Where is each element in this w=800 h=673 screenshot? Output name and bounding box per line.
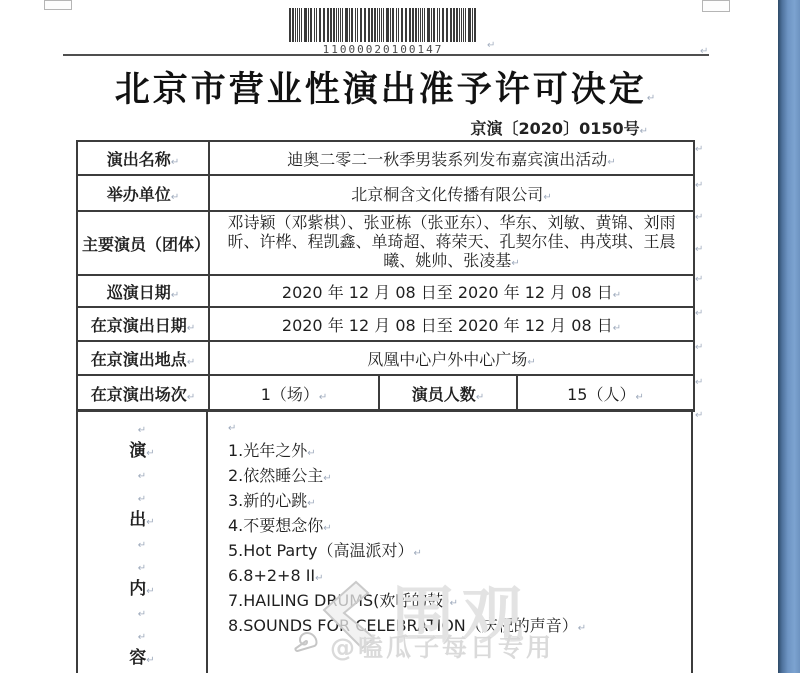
vertical-label-char: 容 xyxy=(129,648,146,668)
paragraph-mark-icon xyxy=(695,377,703,388)
table-row: 在京演出场次 1（场） 演员人数 15（人） xyxy=(77,375,694,411)
paragraph-mark-icon xyxy=(146,517,154,528)
row-value: 2020 年 12 月 08 日至 2020 年 12 月 08 日 xyxy=(209,307,694,341)
row-label: 举办单位 xyxy=(77,175,209,211)
paragraph-mark-icon xyxy=(323,473,331,484)
vertical-label-char: 演 xyxy=(129,441,146,461)
barcode: 11000020100147 xyxy=(285,8,481,56)
song-item: 4.不要想念你 xyxy=(228,513,691,538)
content-vertical-label: 演 出 内 容 xyxy=(78,411,208,673)
row-label: 在京演出日期 xyxy=(77,307,209,341)
paragraph-mark-icon xyxy=(695,308,703,319)
document-number: 京演〔2020〕0150号 xyxy=(398,116,648,139)
paragraph-mark-icon xyxy=(511,258,519,269)
paragraph-mark-icon xyxy=(695,180,703,191)
table-row: 主要演员（团体） 邓诗颖（邓紫棋）、张亚栋（张亚东）、华东、刘敏、黄锦、刘雨昕、… xyxy=(77,211,694,275)
barcode-bars-icon xyxy=(285,8,481,42)
row-label: 主要演员（团体） xyxy=(77,211,209,275)
paragraph-mark-icon xyxy=(414,548,422,559)
paragraph-mark-icon xyxy=(695,144,703,155)
row-label: 演出名称 xyxy=(77,141,209,175)
paragraph-mark-icon xyxy=(607,157,615,168)
row-value: 北京桐含文化传播有限公司 xyxy=(209,175,694,211)
paragraph-mark-icon xyxy=(187,357,195,368)
paragraph-mark-icon xyxy=(578,623,586,634)
song-item: 7.HAILING DRUMS(欢呼的鼓) xyxy=(228,588,691,613)
paragraph-mark-icon xyxy=(695,342,703,353)
paragraph-mark-icon xyxy=(138,632,146,643)
table-row: 演出名称 迪奥二零二一秋季男装系列发布嘉宾演出活动 xyxy=(77,141,694,175)
vertical-label-char: 内 xyxy=(129,579,146,599)
row-value: 迪奥二零二一秋季男装系列发布嘉宾演出活动 xyxy=(209,141,694,175)
paragraph-mark-icon xyxy=(146,586,154,597)
desktop-background-strip xyxy=(778,0,800,673)
song-list: 1.光年之外 2.依然睡公主 3.新的心跳 4.不要想念你 5.Hot Part… xyxy=(210,413,691,638)
paragraph-mark-icon xyxy=(450,598,458,609)
song-item: 5.Hot Party（高温派对） xyxy=(228,538,691,563)
song-item: 6.8+2+8 II xyxy=(228,563,691,588)
paragraph-mark-icon xyxy=(640,126,648,137)
paragraph-mark-icon xyxy=(138,425,146,436)
scan-artifact-tab xyxy=(702,0,730,12)
paragraph-mark-icon xyxy=(138,494,146,505)
vertical-label-char: 出 xyxy=(129,510,146,530)
paragraph-mark-icon xyxy=(476,392,484,403)
row-label: 在京演出场次 xyxy=(77,375,209,411)
paragraph-mark-icon xyxy=(695,274,703,285)
paragraph-mark-icon xyxy=(700,46,708,57)
paragraph-mark-icon xyxy=(187,392,195,403)
paragraph-mark-icon xyxy=(138,540,146,551)
table-row: 在京演出日期 2020 年 12 月 08 日至 2020 年 12 月 08 … xyxy=(77,307,694,341)
paragraph-mark-icon xyxy=(323,523,331,534)
row-label: 演员人数 xyxy=(379,375,517,411)
paragraph-mark-icon xyxy=(543,192,551,203)
paragraph-mark-icon xyxy=(636,392,644,403)
paragraph-mark-icon xyxy=(487,40,495,51)
performance-content-section: 演 出 内 容 1.光年之外 2.依然睡公主 3.新的心跳 4.不要想念你 5.… xyxy=(76,409,693,673)
row-value: 邓诗颖（邓紫棋）、张亚栋（张亚东）、华东、刘敏、黄锦、刘雨昕、许桦、程凯鑫、单琦… xyxy=(209,211,694,275)
row-label: 在京演出地点 xyxy=(77,341,209,375)
paragraph-mark-icon xyxy=(315,573,323,584)
paragraph-mark-icon xyxy=(695,212,703,223)
row-value: 2020 年 12 月 08 日至 2020 年 12 月 08 日 xyxy=(209,275,694,307)
scan-artifact-tab xyxy=(44,0,72,10)
paragraph-mark-icon xyxy=(647,93,655,104)
paragraph-mark-icon xyxy=(307,498,315,509)
paragraph-mark-icon xyxy=(527,357,535,368)
row-label: 巡演日期 xyxy=(77,275,209,307)
paragraph-mark-icon xyxy=(187,323,195,334)
paragraph-mark-icon xyxy=(228,423,236,434)
song-item: 8.SOUNDS FOR CELEBRATION（庆祝的声音） xyxy=(228,613,691,638)
paragraph-mark-icon xyxy=(171,290,179,301)
song-item: 3.新的心跳 xyxy=(228,488,691,513)
table-row: 举办单位 北京桐含文化传播有限公司 xyxy=(77,175,694,211)
row-value: 凤凰中心户外中心广场 xyxy=(209,341,694,375)
page-title: 北京市营业性演出准予许可决定 xyxy=(60,62,710,112)
paragraph-mark-icon xyxy=(319,392,327,403)
paragraph-mark-icon xyxy=(138,609,146,620)
table-row: 巡演日期 2020 年 12 月 08 日至 2020 年 12 月 08 日 xyxy=(77,275,694,307)
header-rule xyxy=(63,54,709,56)
paragraph-mark-icon xyxy=(138,471,146,482)
paragraph-mark-icon xyxy=(146,448,154,459)
paragraph-mark-icon xyxy=(613,323,621,334)
paragraph-mark-icon xyxy=(695,410,703,421)
paragraph-mark-icon xyxy=(307,448,315,459)
table-row: 在京演出地点 凤凰中心户外中心广场 xyxy=(77,341,694,375)
song-item: 1.光年之外 xyxy=(228,438,691,463)
paragraph-mark-icon xyxy=(613,290,621,301)
paragraph-mark-icon xyxy=(146,655,154,666)
song-item: 2.依然睡公主 xyxy=(228,463,691,488)
row-value: 1（场） xyxy=(209,375,379,411)
paragraph-mark-icon xyxy=(138,563,146,574)
paragraph-mark-icon xyxy=(695,244,703,255)
row-value: 15（人） xyxy=(517,375,694,411)
permit-table: 演出名称 迪奥二零二一秋季男装系列发布嘉宾演出活动 举办单位 北京桐含文化传播有… xyxy=(76,140,695,412)
paragraph-mark-icon xyxy=(171,192,179,203)
paragraph-mark-icon xyxy=(171,157,179,168)
